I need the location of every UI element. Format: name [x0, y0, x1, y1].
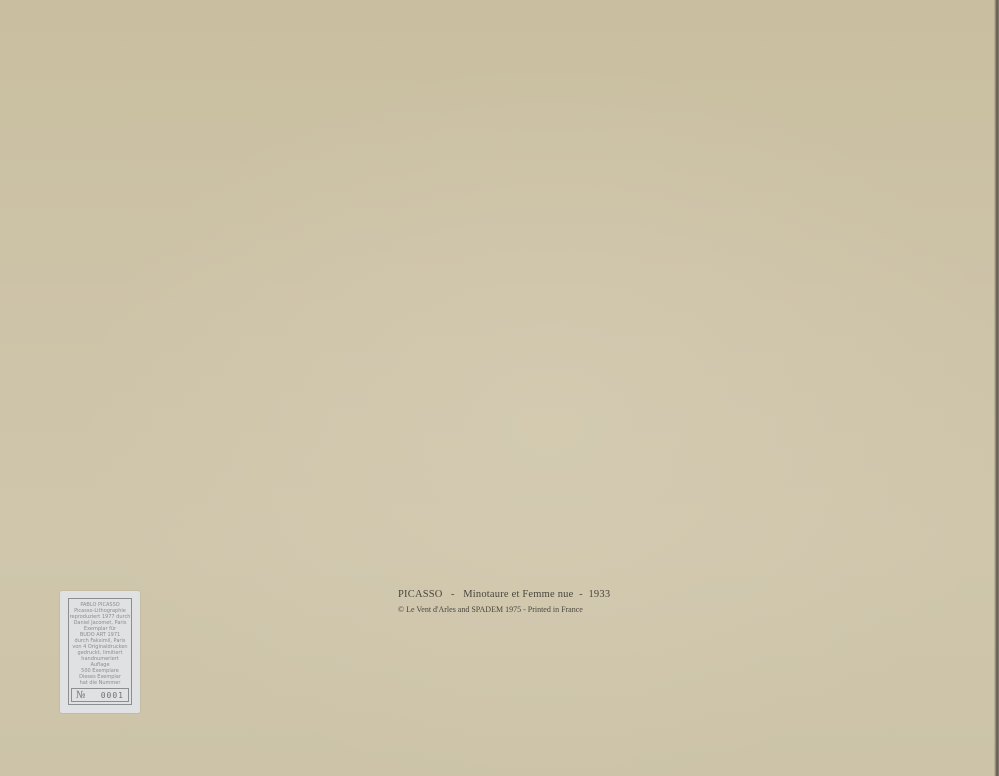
scan-edge-shadow — [994, 0, 999, 776]
edition-label-frame: PABLO PICASSO Picasso-Lithographie repro… — [68, 598, 132, 705]
edition-number: 0001 — [101, 691, 124, 700]
edition-label-text: PABLO PICASSO Picasso-Lithographie repro… — [69, 599, 131, 686]
label-line: hat die Nummer — [69, 680, 131, 686]
edition-label: PABLO PICASSO Picasso-Lithographie repro… — [60, 591, 140, 713]
caption-title: PICASSO - Minotaure et Femme nue - 1933 — [398, 589, 620, 600]
paper-background — [0, 0, 999, 776]
edition-number-box: № 0001 — [71, 688, 129, 702]
number-sign: № — [76, 690, 85, 701]
print-caption: PICASSO - Minotaure et Femme nue - 1933 … — [380, 589, 620, 614]
caption-copyright: © Le Vent d'Arles and SPADEM 1975 - Prin… — [398, 605, 620, 614]
